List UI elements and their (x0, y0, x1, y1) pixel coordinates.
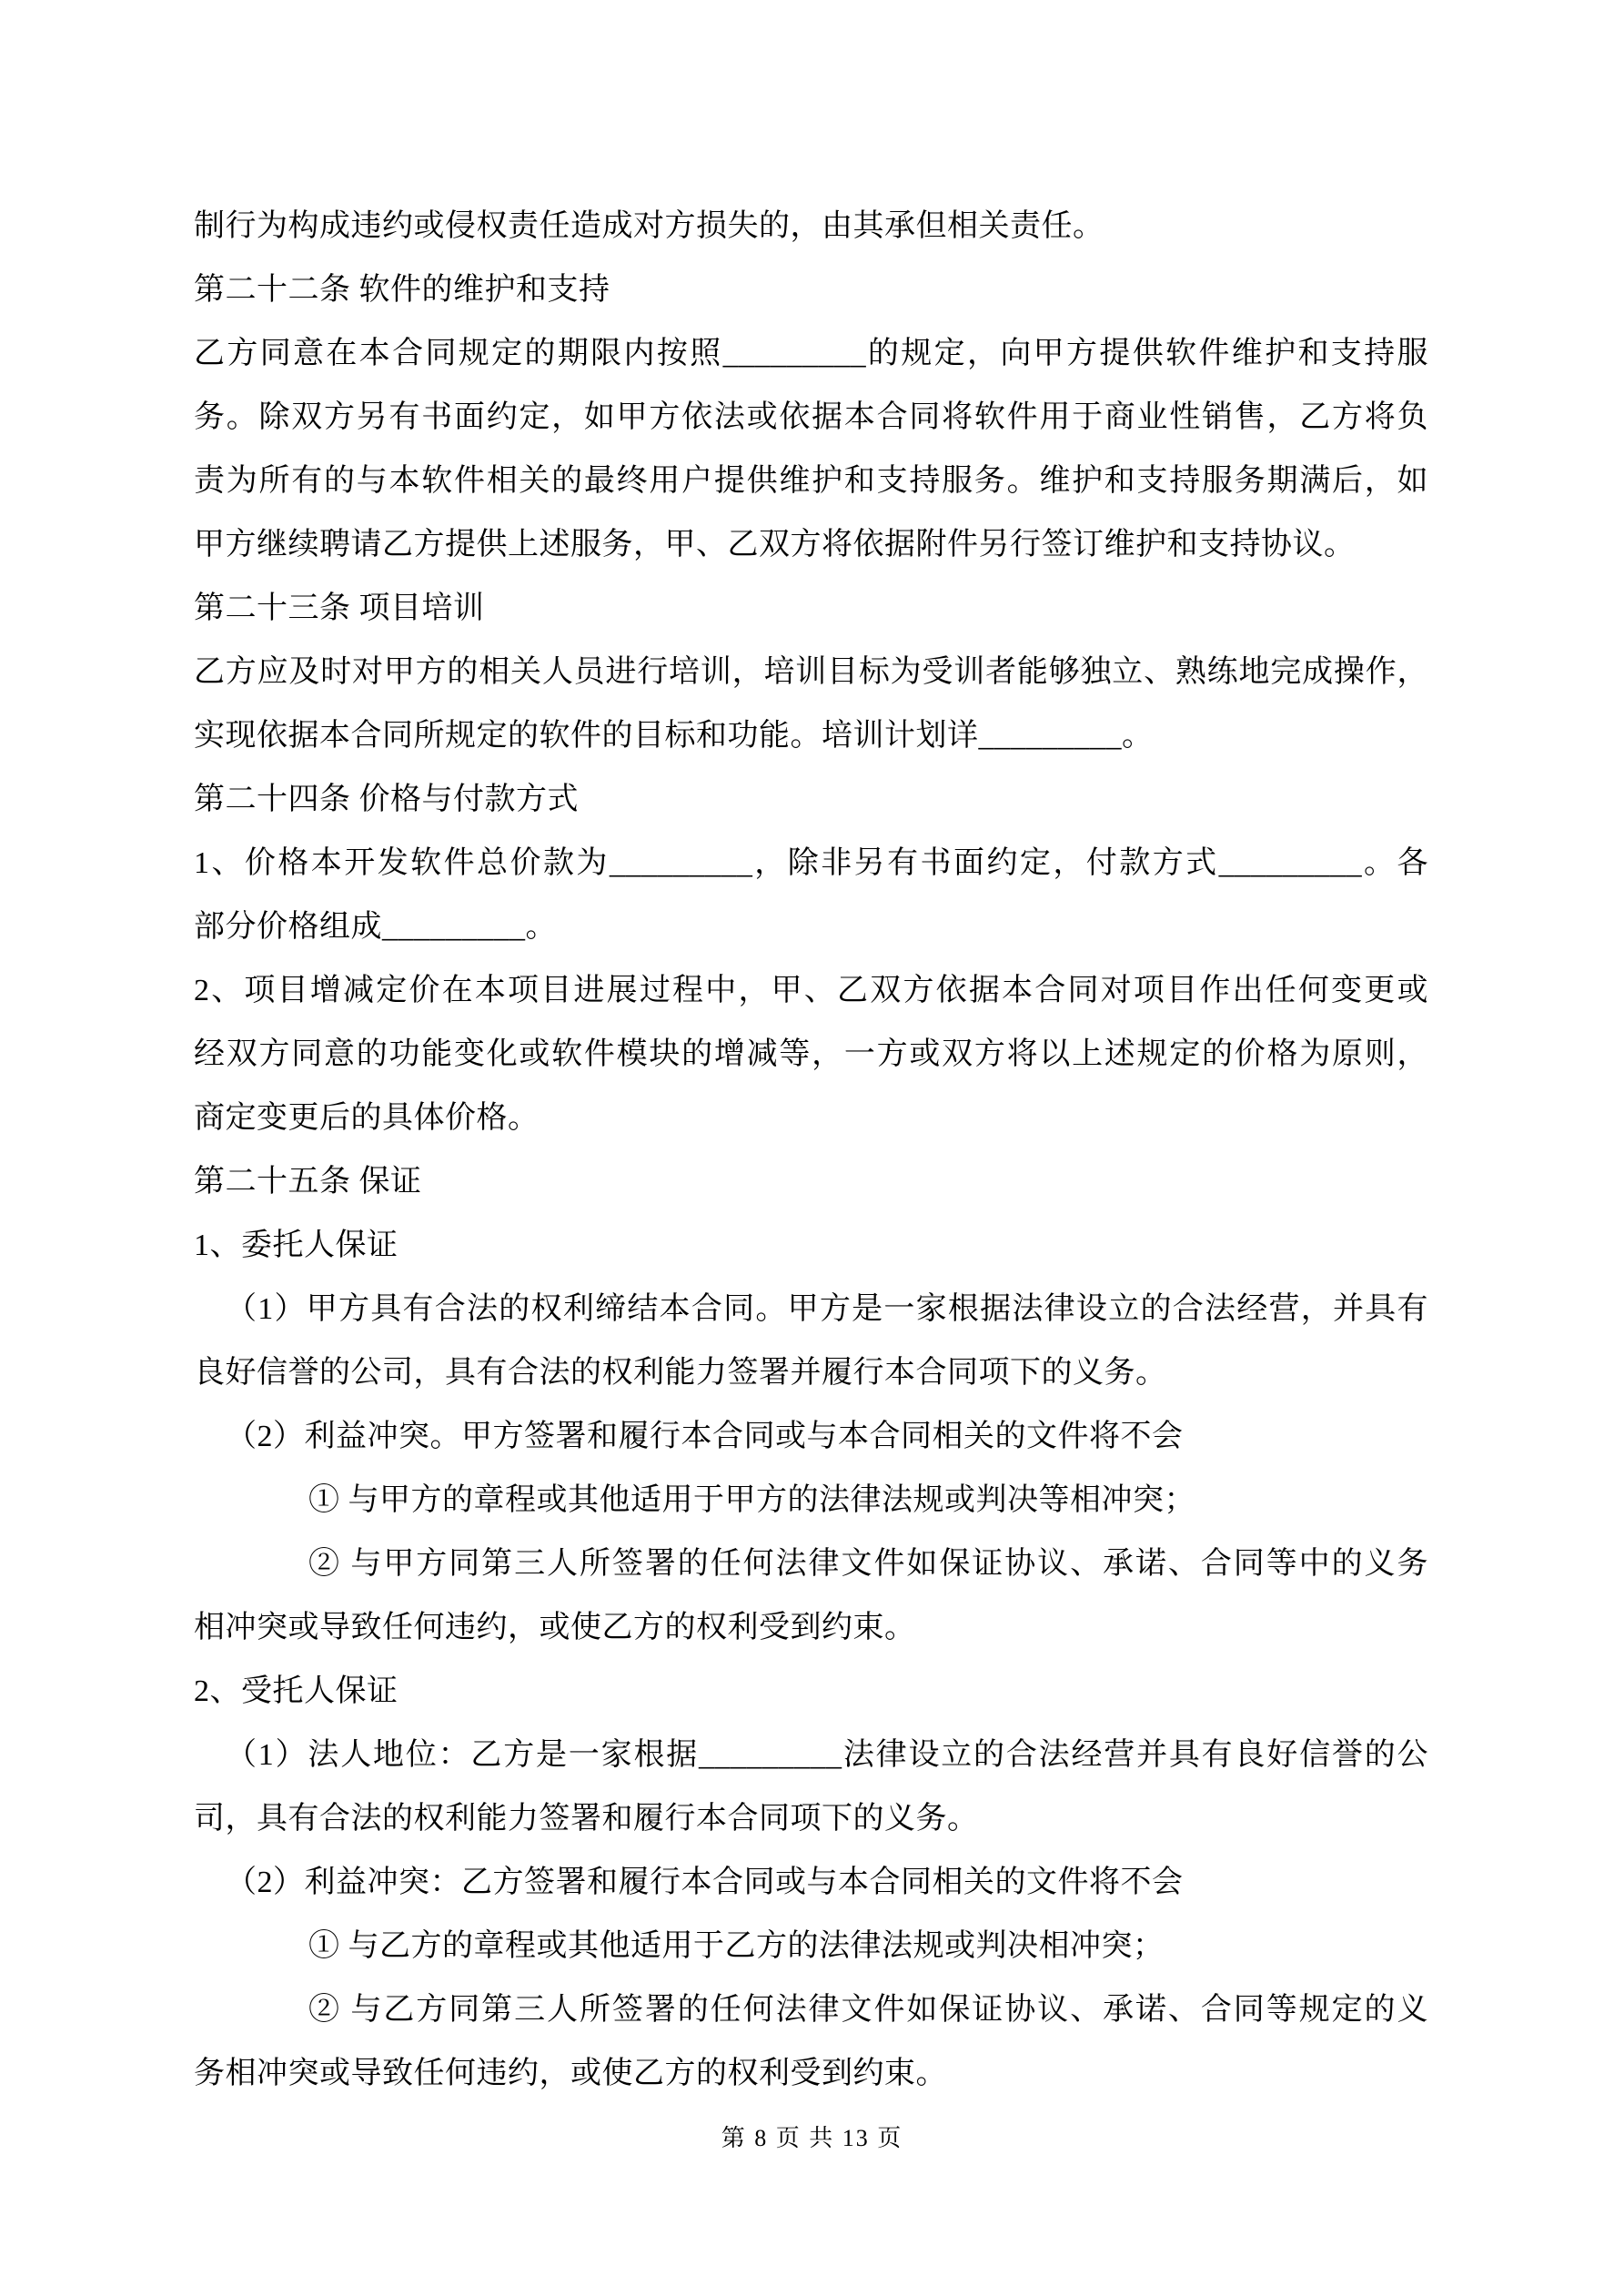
contract-line: 部分价格组成_________。 (194, 895, 1428, 959)
contract-line: 乙方应及时对甲方的相关人员进行培训，培训目标为受训者能够独立、熟练地完成操作， (194, 641, 1428, 704)
clause-heading: 第二十三条 项目培训 (194, 577, 1428, 641)
contract-line: ① 与甲方的章程或其他适用于甲方的法律法规或判决等相冲突； (194, 1469, 1428, 1532)
clause-heading: 第二十二条 软件的维护和支持 (194, 258, 1428, 322)
contract-line: ① 与乙方的章程或其他适用于乙方的法律法规或判决相冲突； (194, 1915, 1428, 1978)
contract-line: ② 与乙方同第三人所签署的任何法律文件如保证协议、承诺、合同等规定的义 (194, 1978, 1428, 2042)
contract-line: 责为所有的与本软件相关的最终用户提供维护和支持服务。维护和支持服务期满后，如 (194, 450, 1428, 513)
contract-line: 2、项目增减定价在本项目进展过程中，甲、乙双方依据本合同对项目作出任何变更或 (194, 959, 1428, 1023)
contract-line: 实现依据本合同所规定的软件的目标和功能。培训计划详_________。 (194, 704, 1428, 768)
clause-heading: 第二十五条 保证 (194, 1150, 1428, 1214)
contract-line: 乙方同意在本合同规定的期限内按照_________的规定，向甲方提供软件维护和支… (194, 322, 1428, 386)
contract-line: 商定变更后的具体价格。 (194, 1087, 1428, 1150)
page-footer: 第 8 页 共 13 页 (0, 2122, 1624, 2155)
contract-line: 司，具有合法的权利能力签署和履行本合同项下的义务。 (194, 1787, 1428, 1851)
contract-line: 1、价格本开发软件总价款为_________，除非另有书面约定，付款方式____… (194, 832, 1428, 895)
contract-line: （1）甲方具有合法的权利缔结本合同。甲方是一家根据法律设立的合法经营，并具有 (194, 1278, 1428, 1341)
contract-line: 制行为构成违约或侵权责任造成对方损失的，由其承但相关责任。 (194, 195, 1428, 258)
clause-heading: 第二十四条 价格与付款方式 (194, 768, 1428, 832)
document-page: 制行为构成违约或侵权责任造成对方损失的，由其承但相关责任。 第二十二条 软件的维… (0, 0, 1624, 2296)
contract-line: （2）利益冲突。甲方签署和履行本合同或与本合同相关的文件将不会 (194, 1405, 1428, 1469)
contract-line: 良好信誉的公司，具有合法的权利能力签署并履行本合同项下的义务。 (194, 1341, 1428, 1405)
contract-line: 务。除双方另有书面约定，如甲方依法或依据本合同将软件用于商业性销售，乙方将负 (194, 386, 1428, 450)
contract-line: （2）利益冲突：乙方签署和履行本合同或与本合同相关的文件将不会 (194, 1851, 1428, 1915)
contract-line: 相冲突或导致任何违约，或使乙方的权利受到约束。 (194, 1596, 1428, 1660)
contract-line: 甲方继续聘请乙方提供上述服务，甲、乙双方将依据附件另行签订维护和支持协议。 (194, 513, 1428, 577)
contract-line: 2、受托人保证 (194, 1660, 1428, 1724)
contract-line: （1）法人地位：乙方是一家根据_________法律设立的合法经营并具有良好信誉… (194, 1724, 1428, 1787)
contract-line: 经双方同意的功能变化或软件模块的增减等，一方或双方将以上述规定的价格为原则， (194, 1023, 1428, 1087)
contract-text-block: 制行为构成违约或侵权责任造成对方损失的，由其承但相关责任。 第二十二条 软件的维… (194, 195, 1428, 2106)
contract-line: 1、委托人保证 (194, 1214, 1428, 1278)
contract-line: ② 与甲方同第三人所签署的任何法律文件如保证协议、承诺、合同等中的义务 (194, 1532, 1428, 1596)
contract-line: 务相冲突或导致任何违约，或使乙方的权利受到约束。 (194, 2042, 1428, 2106)
